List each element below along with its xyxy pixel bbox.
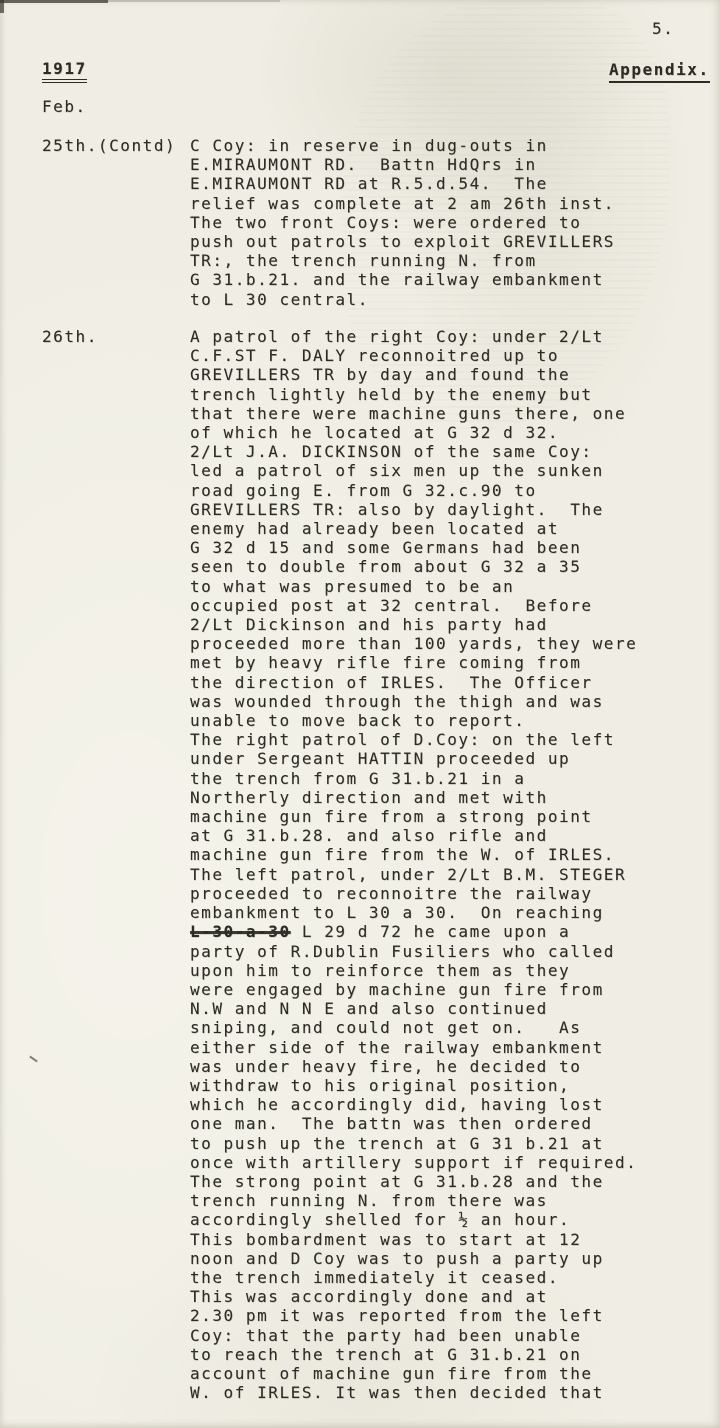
diary-text-line: E.MIRAUMONT RD at R.5.d.54. The — [190, 174, 615, 193]
diary-text-line: 2/Lt Dickinson and his party had — [190, 615, 637, 634]
diary-text-line: The left patrol, under 2/Lt B.M. STEGER — [190, 865, 637, 884]
diary-text-line: one man. The battn was then ordered — [190, 1114, 637, 1133]
diary-text-line: account of machine gun fire from the — [190, 1364, 637, 1383]
diary-text-line: party of R.Dublin Fusiliers who called — [190, 942, 637, 961]
diary-text-line: road going E. from G 32.c.90 to — [190, 481, 637, 500]
diary-text-line: were engaged by machine gun fire from — [190, 980, 637, 999]
stray-ink-mark — [29, 1056, 38, 1063]
diary-text-line: led a patrol of six men up the sunken — [190, 461, 637, 480]
diary-text-line: noon and D Coy was to push a party up — [190, 1249, 637, 1268]
diary-text-line: E.MIRAUMONT RD. Battn HdQrs in — [190, 155, 615, 174]
year-heading: 1917 — [42, 59, 87, 83]
page-number: 5. — [652, 19, 674, 38]
diary-text-line: Coy: that the party had been unable — [190, 1326, 637, 1345]
diary-text-line: G 31.b.21. and the railway embankment — [190, 270, 615, 289]
diary-text-line: GREVILLERS TR: also by daylight. The — [190, 500, 637, 519]
diary-text-line: enemy had already been located at — [190, 519, 637, 538]
scan-corner-artifact — [0, 0, 4, 13]
diary-text-line: once with artillery support if required. — [190, 1153, 637, 1172]
diary-text-line: Northerly direction and met with — [190, 788, 637, 807]
document-page: 5. 1917 Appendix. Feb. 25th.(Contd) C Co… — [0, 0, 720, 1428]
diary-text-line: W. of IRLES. It was then decided that — [190, 1383, 637, 1402]
diary-text-line: met by heavy rifle fire coming from — [190, 653, 637, 672]
diary-text-line: was wounded through the thigh and was — [190, 692, 637, 711]
entry-date: 25th.(Contd) — [42, 136, 190, 155]
diary-text-line: trench lightly held by the enemy but — [190, 385, 637, 404]
diary-text-line: GREVILLERS TR by day and found the — [190, 365, 637, 384]
scan-edge-artifact-faint — [100, 0, 280, 2]
appendix-heading: Appendix. — [609, 60, 710, 83]
diary-text-line: G 32 d 15 and some Germans had been — [190, 538, 637, 557]
diary-text-line: of which he located at G 32 d 32. — [190, 423, 637, 442]
diary-text-line: proceeded more than 100 yards, they were — [190, 634, 637, 653]
diary-text-line: at G 31.b.28. and also rifle and — [190, 826, 637, 845]
diary-text-line: to what was presumed to be an — [190, 577, 637, 596]
diary-text-line: the direction of IRLES. The Officer — [190, 673, 637, 692]
diary-text-line: TR:, the trench running N. from — [190, 251, 615, 270]
diary-text-line: to L 30 central. — [190, 290, 615, 309]
diary-text-line: embankment to L 30 a 30. On reaching — [190, 903, 637, 922]
diary-text-line: C.F.ST F. DALY reconnoitred up to — [190, 346, 637, 365]
diary-text-line: the trench from G 31.b.21 in a — [190, 769, 637, 788]
diary-text-line: The right patrol of D.Coy: on the left — [190, 730, 637, 749]
diary-text-line: that there were machine guns there, one — [190, 404, 637, 423]
diary-text-line: accordingly shelled for ½ an hour. — [190, 1210, 637, 1229]
entry-date: 26th. — [42, 327, 190, 346]
diary-text-line: withdraw to his original position, — [190, 1076, 637, 1095]
diary-text-line: This was accordingly done and at — [190, 1287, 637, 1306]
diary-text-line: the trench immediately it ceased. — [190, 1268, 637, 1287]
diary-text-line: N.W and N N E and also continued — [190, 999, 637, 1018]
struck-text: L-30-a-30 — [190, 922, 291, 941]
diary-entry-26th: 26th. A patrol of the right Coy: under 2… — [42, 327, 637, 1402]
diary-text-line: The two front Coys: were ordered to — [190, 213, 615, 232]
diary-text-line: trench running N. from there was — [190, 1191, 637, 1210]
diary-text-line: to push up the trench at G 31 b.21 at — [190, 1134, 637, 1153]
diary-text-line: upon him to reinforce them as they — [190, 961, 637, 980]
diary-text-line: L-30-a-30 L 29 d 72 he came upon a — [190, 922, 637, 941]
diary-entry-25th: 25th.(Contd) C Coy: in reserve in dug-ou… — [42, 136, 615, 309]
entry-text: A patrol of the right Coy: under 2/LtC.F… — [190, 327, 637, 1402]
month-label: Feb. — [42, 97, 87, 116]
diary-text-line: under Sergeant HATTIN proceeded up — [190, 749, 637, 768]
diary-text-line: which he accordingly did, having lost — [190, 1095, 637, 1114]
diary-text-line: C Coy: in reserve in dug-outs in — [190, 136, 615, 155]
diary-text-line: push out patrols to exploit GREVILLERS — [190, 232, 615, 251]
diary-text-line: A patrol of the right Coy: under 2/Lt — [190, 327, 637, 346]
diary-text-line: 2/Lt J.A. DICKINSON of the same Coy: — [190, 442, 637, 461]
diary-text-line: 2.30 pm it was reported from the left — [190, 1306, 637, 1325]
diary-text-line: machine gun fire from the W. of IRLES. — [190, 845, 637, 864]
diary-text-line: The strong point at G 31.b.28 and the — [190, 1172, 637, 1191]
diary-text-line: relief was complete at 2 am 26th inst. — [190, 194, 615, 213]
entry-text: C Coy: in reserve in dug-outs inE.MIRAUM… — [190, 136, 615, 309]
diary-text-line: to reach the trench at G 31.b.21 on — [190, 1345, 637, 1364]
diary-text-line: was under heavy fire, he decided to — [190, 1057, 637, 1076]
scan-edge-artifact — [0, 0, 108, 3]
diary-text-line: seen to double from about G 32 a 35 — [190, 557, 637, 576]
diary-text-line: machine gun fire from a strong point — [190, 807, 637, 826]
diary-text-line: either side of the railway embankment — [190, 1038, 637, 1057]
diary-text-line: sniping, and could not get on. As — [190, 1018, 637, 1037]
diary-text-line: occupied post at 32 central. Before — [190, 596, 637, 615]
diary-text-line: This bombardment was to start at 12 — [190, 1230, 637, 1249]
diary-text-line: unable to move back to report. — [190, 711, 637, 730]
diary-text-line: proceeded to reconnoitre the railway — [190, 884, 637, 903]
